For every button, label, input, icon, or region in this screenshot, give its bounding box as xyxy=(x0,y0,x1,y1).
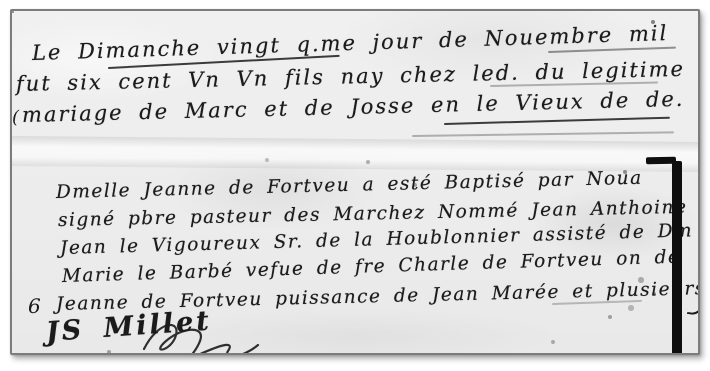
margin-mark: 6 xyxy=(28,294,41,318)
ink-hook-mark xyxy=(687,298,700,316)
paper-specks xyxy=(12,11,14,13)
margin-mark: ( xyxy=(12,107,19,128)
ink-stroke xyxy=(444,117,670,125)
binding-shadow-bar xyxy=(672,161,682,355)
register-scan-page: Le Dimanche vingt q.me jour de Nouembre … xyxy=(10,9,700,355)
ink-stroke xyxy=(412,131,674,136)
handwriting-line: Dmelle Jeanne de Fortveu a esté Baptisé … xyxy=(56,168,643,203)
paper-crease xyxy=(10,136,700,172)
signature-paraph-flourish-icon xyxy=(140,311,270,355)
